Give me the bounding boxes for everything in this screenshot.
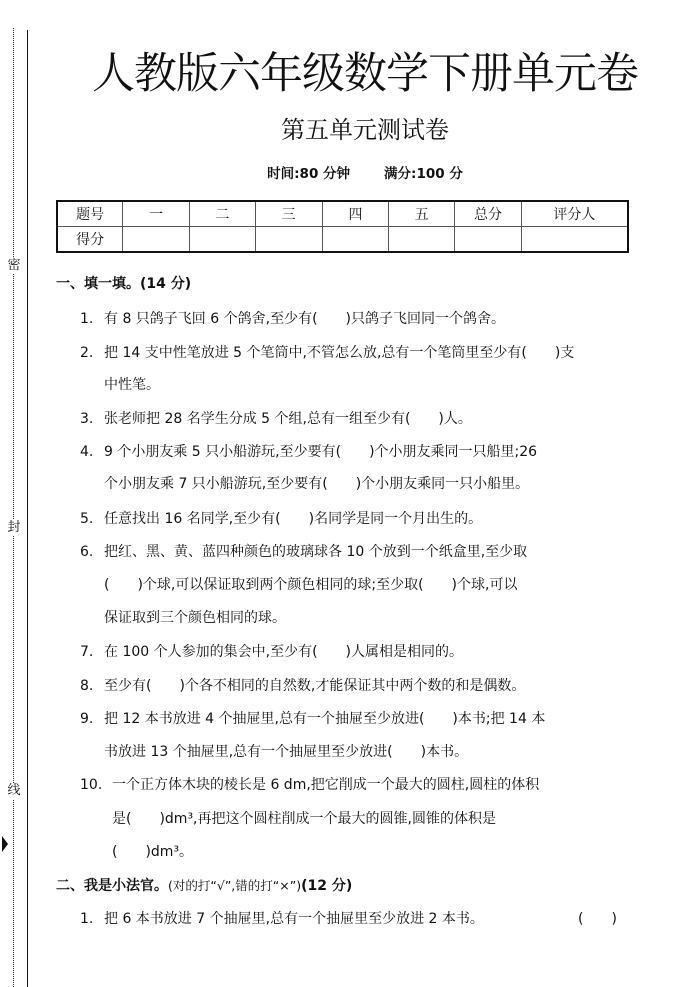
- question-text: 在 100 个人参加的集会中,至少有( )人属相是相同的。: [104, 644, 463, 660]
- score-table-header-row: 题号 一 二 三 四 五 总分 评分人: [57, 201, 628, 227]
- s1-question-9-cont: 书放进 13 个抽屉里,总有一个抽屉里至少放进( )本书。: [104, 742, 468, 762]
- s1-question-8: 8.至少有( )个各不相同的自然数,才能保证其中两个数的和是偶数。: [80, 676, 632, 696]
- full-score-label: 满分:100 分: [384, 166, 463, 182]
- s1-question-6-cont-2: 保证取到三个颜色相同的球。: [104, 608, 286, 628]
- score-row-label: 得分: [57, 227, 123, 253]
- score-cell-total[interactable]: [455, 227, 522, 253]
- s1-question-2: 2.把 14 支中性笔放进 5 个笔筒中,不管怎么放,总有一个笔筒里至少有( )…: [80, 343, 632, 363]
- question-text: 9 个小朋友乘 5 只小船游玩,至少要有( )个小朋友乘同一只船里;26: [104, 444, 537, 460]
- s1-question-10-cont-2: ( )dm³。: [112, 842, 193, 862]
- question-text: 把 12 本书放进 4 个抽屉里,总有一个抽屉至少放进( )本书;把 14 本: [104, 711, 545, 727]
- score-table: 题号 一 二 三 四 五 总分 评分人 得分: [56, 200, 629, 253]
- header-cell-1: 一: [123, 201, 190, 227]
- header-cell-total: 总分: [455, 201, 522, 227]
- question-number: 7.: [80, 642, 104, 662]
- question-number: 4.: [80, 442, 104, 462]
- score-cell-4[interactable]: [322, 227, 389, 253]
- question-number: 5.: [80, 509, 104, 529]
- section2-heading-main: 二、我是小法官。: [56, 878, 168, 894]
- s1-question-5: 5.任意找出 16 名同学,至少有( )名同学是同一个月出生的。: [80, 509, 632, 529]
- score-cell-2[interactable]: [190, 227, 256, 253]
- seal-char-feng: 封: [3, 520, 25, 536]
- header-cell-4: 四: [322, 201, 389, 227]
- question-number: 1.: [80, 309, 104, 329]
- s1-question-7: 7.在 100 个人参加的集会中,至少有( )人属相是相同的。: [80, 642, 632, 662]
- question-number: 6.: [80, 542, 104, 562]
- s1-question-4-cont: 个小朋友乘 7 只小船游玩,至少要有( )个小朋友乘同一只小船里。: [104, 474, 529, 494]
- section2-heading: 二、我是小法官。(对的打“√”,错的打“×”)(12 分): [56, 876, 352, 896]
- header-cell-question-no: 题号: [57, 201, 123, 227]
- score-table-score-row: 得分: [57, 227, 628, 253]
- page-title: 人教版六年级数学下册单元卷: [40, 46, 690, 102]
- question-text: 至少有( )个各不相同的自然数,才能保证其中两个数的和是偶数。: [104, 678, 525, 694]
- header-cell-2: 二: [190, 201, 256, 227]
- s1-question-1: 1.有 8 只鸽子飞回 6 个鸽舍,至少有( )只鸽子飞回同一个鸽舍。: [80, 309, 632, 329]
- question-text: 把红、黑、黄、蓝四种颜色的玻璃球各 10 个放到一个纸盒里,至少取: [104, 544, 527, 560]
- header-cell-3: 三: [255, 201, 322, 227]
- question-number: 1.: [80, 909, 104, 929]
- binding-dotted-line: [13, 28, 14, 987]
- section1-heading: 一、填一填。(14 分): [56, 274, 191, 294]
- exam-meta: 时间:80 分钟满分:100 分: [40, 164, 690, 184]
- header-cell-grader: 评分人: [521, 201, 628, 227]
- s1-question-10-cont-1: 是( )dm³,再把这个圆柱削成一个最大的圆锥,圆锥的体积是: [112, 809, 496, 829]
- question-text: 张老师把 28 名学生分成 5 个组,总有一组至少有( )人。: [104, 411, 472, 427]
- binding-solid-line: [27, 30, 28, 987]
- question-text: 任意找出 16 名同学,至少有( )名同学是同一个月出生的。: [104, 511, 482, 527]
- question-number: 10.: [80, 775, 112, 795]
- s1-question-6: 6.把红、黑、黄、蓝四种颜色的玻璃球各 10 个放到一个纸盒里,至少取: [80, 542, 632, 562]
- section2-heading-points: (12 分): [301, 878, 352, 894]
- seal-char-mi: 密: [3, 258, 25, 274]
- margin-triangle-marker-icon: [2, 836, 8, 852]
- s1-question-6-cont-1: ( )个球,可以保证取到两个颜色相同的球;至少取( )个球,可以: [104, 575, 517, 595]
- s1-question-3: 3.张老师把 28 名学生分成 5 个组,总有一组至少有( )人。: [80, 409, 632, 429]
- question-number: 3.: [80, 409, 104, 429]
- question-number: 2.: [80, 343, 104, 363]
- header-cell-5: 五: [389, 201, 455, 227]
- s1-question-10: 10.一个正方体木块的棱长是 6 dm,把它削成一个最大的圆柱,圆柱的体积: [80, 775, 632, 795]
- s1-question-9: 9.把 12 本书放进 4 个抽屉里,总有一个抽屉至少放进( )本书;把 14 …: [80, 709, 632, 729]
- section2-heading-note: (对的打“√”,错的打“×”): [168, 878, 301, 893]
- page-subtitle: 第五单元测试卷: [40, 114, 690, 146]
- question-number: 8.: [80, 676, 104, 696]
- question-text: 一个正方体木块的棱长是 6 dm,把它削成一个最大的圆柱,圆柱的体积: [112, 777, 539, 793]
- time-label: 时间:80 分钟: [267, 166, 350, 182]
- question-text: 把 6 本书放进 7 个抽屉里,总有一个抽屉里至少放进 2 本书。: [104, 911, 484, 927]
- question-text: 有 8 只鸽子飞回 6 个鸽舍,至少有( )只鸽子飞回同一个鸽舍。: [104, 311, 505, 327]
- score-cell-5[interactable]: [389, 227, 455, 253]
- score-cell-3[interactable]: [255, 227, 322, 253]
- score-cell-1[interactable]: [123, 227, 190, 253]
- s2-question-1-answer-box[interactable]: ( ): [578, 909, 617, 929]
- question-text: 把 14 支中性笔放进 5 个笔筒中,不管怎么放,总有一个笔筒里至少有( )支: [104, 345, 574, 361]
- s2-question-1: 1.把 6 本书放进 7 个抽屉里,总有一个抽屉里至少放进 2 本书。: [80, 909, 632, 929]
- question-number: 9.: [80, 709, 104, 729]
- s1-question-4: 4.9 个小朋友乘 5 只小船游玩,至少要有( )个小朋友乘同一只船里;26: [80, 442, 632, 462]
- s1-question-2-cont: 中性笔。: [104, 375, 160, 395]
- seal-char-xian: 线: [3, 783, 25, 799]
- score-cell-grader[interactable]: [521, 227, 628, 253]
